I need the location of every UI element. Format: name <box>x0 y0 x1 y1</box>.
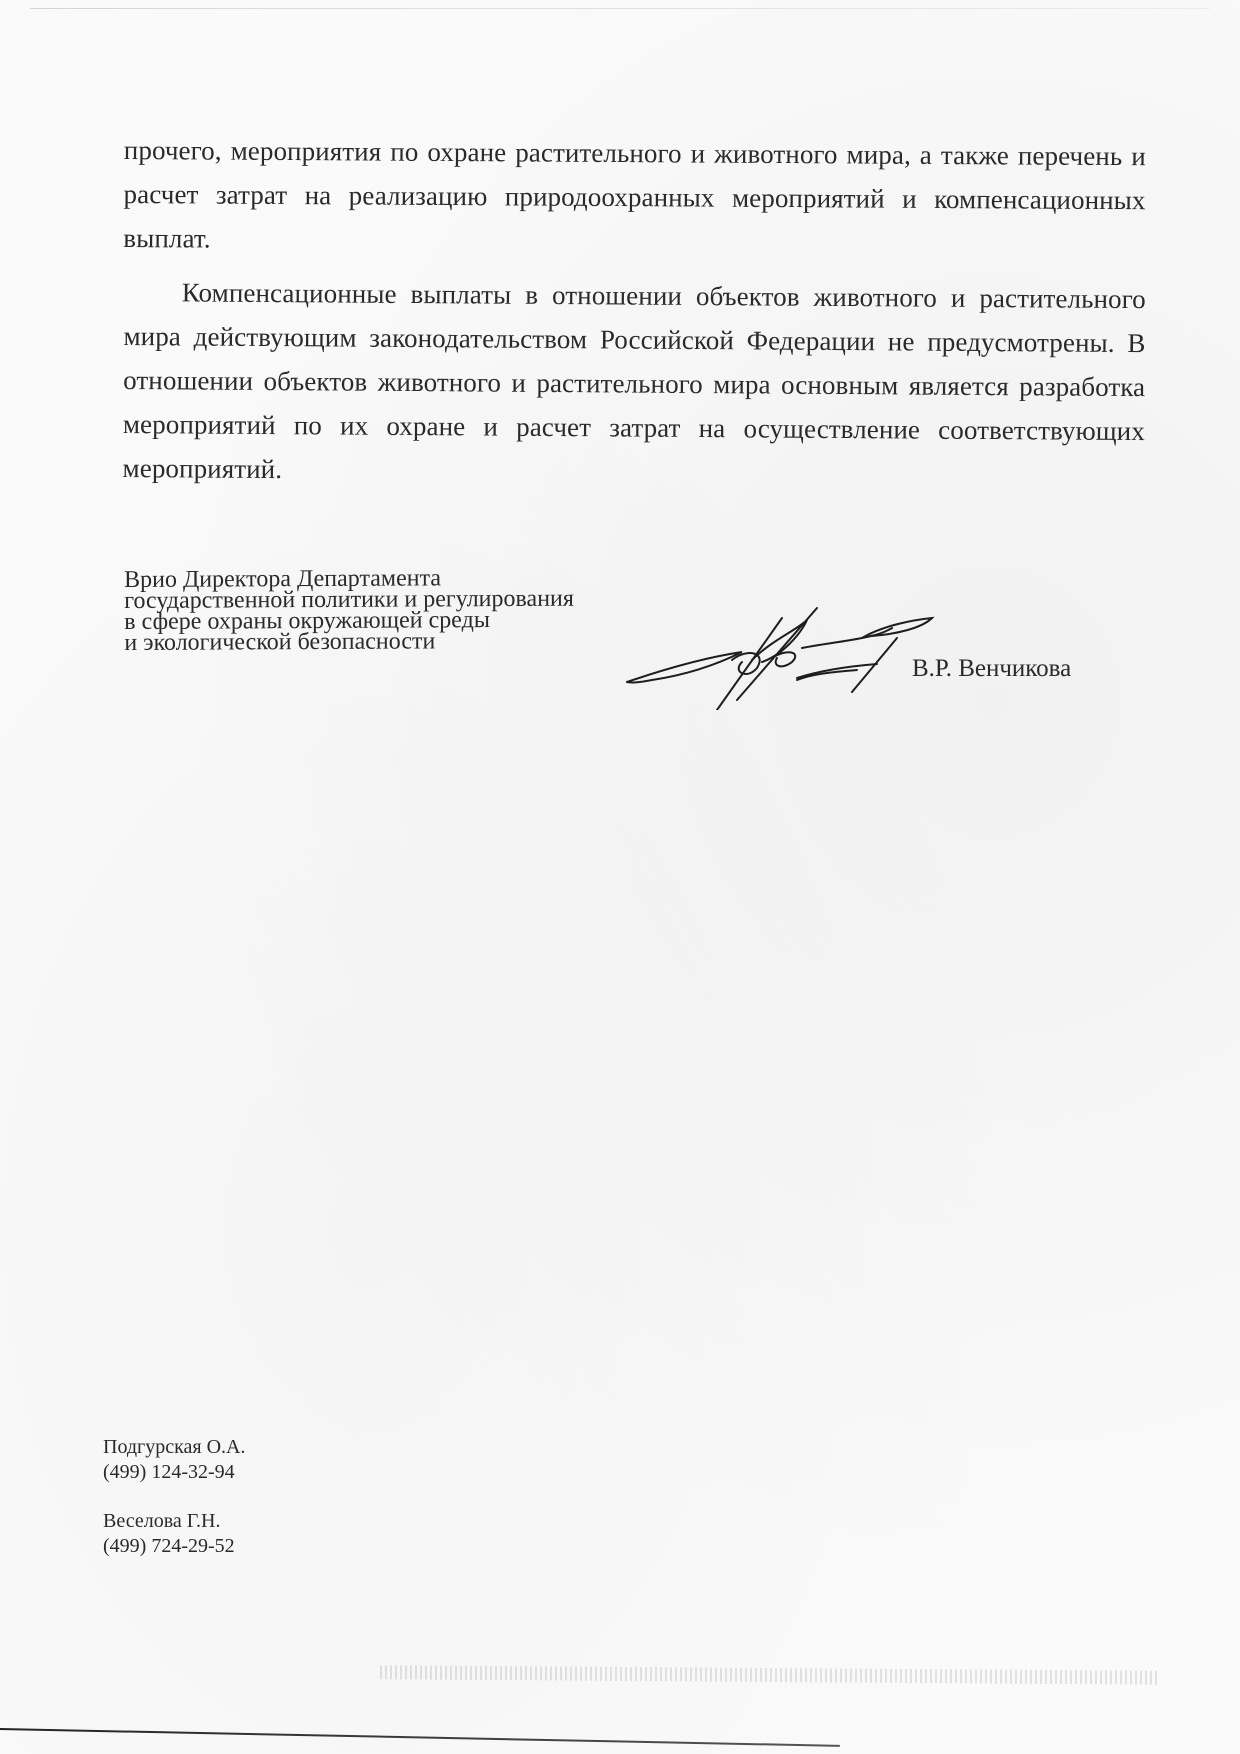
contacts-block: Подгурская О.А. (499) 124-32-94 Веселова… <box>103 1435 246 1583</box>
paragraph-text: Компенсационные выплаты в отношении объе… <box>122 270 1146 497</box>
contact-name: Подгурская О.А. <box>103 1435 246 1460</box>
title-line: и экологической безопасности <box>124 631 574 654</box>
scanned-page: прочего, мероприятия по охране раститель… <box>0 0 1240 1754</box>
contact-entry: Веселова Г.Н. (499) 724-29-52 <box>103 1509 246 1559</box>
signer-name: В.Р. Венчикова <box>912 655 1071 683</box>
paragraph-text: прочего, мероприятия по охране раститель… <box>123 128 1146 266</box>
contact-name: Веселова Г.Н. <box>103 1509 246 1534</box>
scan-edge-top <box>30 8 1210 9</box>
paragraph-continuation: прочего, мероприятия по охране раститель… <box>123 128 1146 266</box>
paragraph-compensation: Компенсационные выплаты в отношении объе… <box>122 270 1146 497</box>
scan-edge-bottom <box>0 1728 840 1747</box>
contact-phone: (499) 124-32-94 <box>103 1460 246 1485</box>
contact-entry: Подгурская О.А. (499) 124-32-94 <box>103 1435 246 1485</box>
scan-noise-streak <box>380 1665 1160 1684</box>
signatory-title: Врио Директора Департамента государствен… <box>124 568 574 654</box>
handwritten-signature-icon <box>622 600 952 710</box>
contact-phone: (499) 724-29-52 <box>103 1534 246 1559</box>
